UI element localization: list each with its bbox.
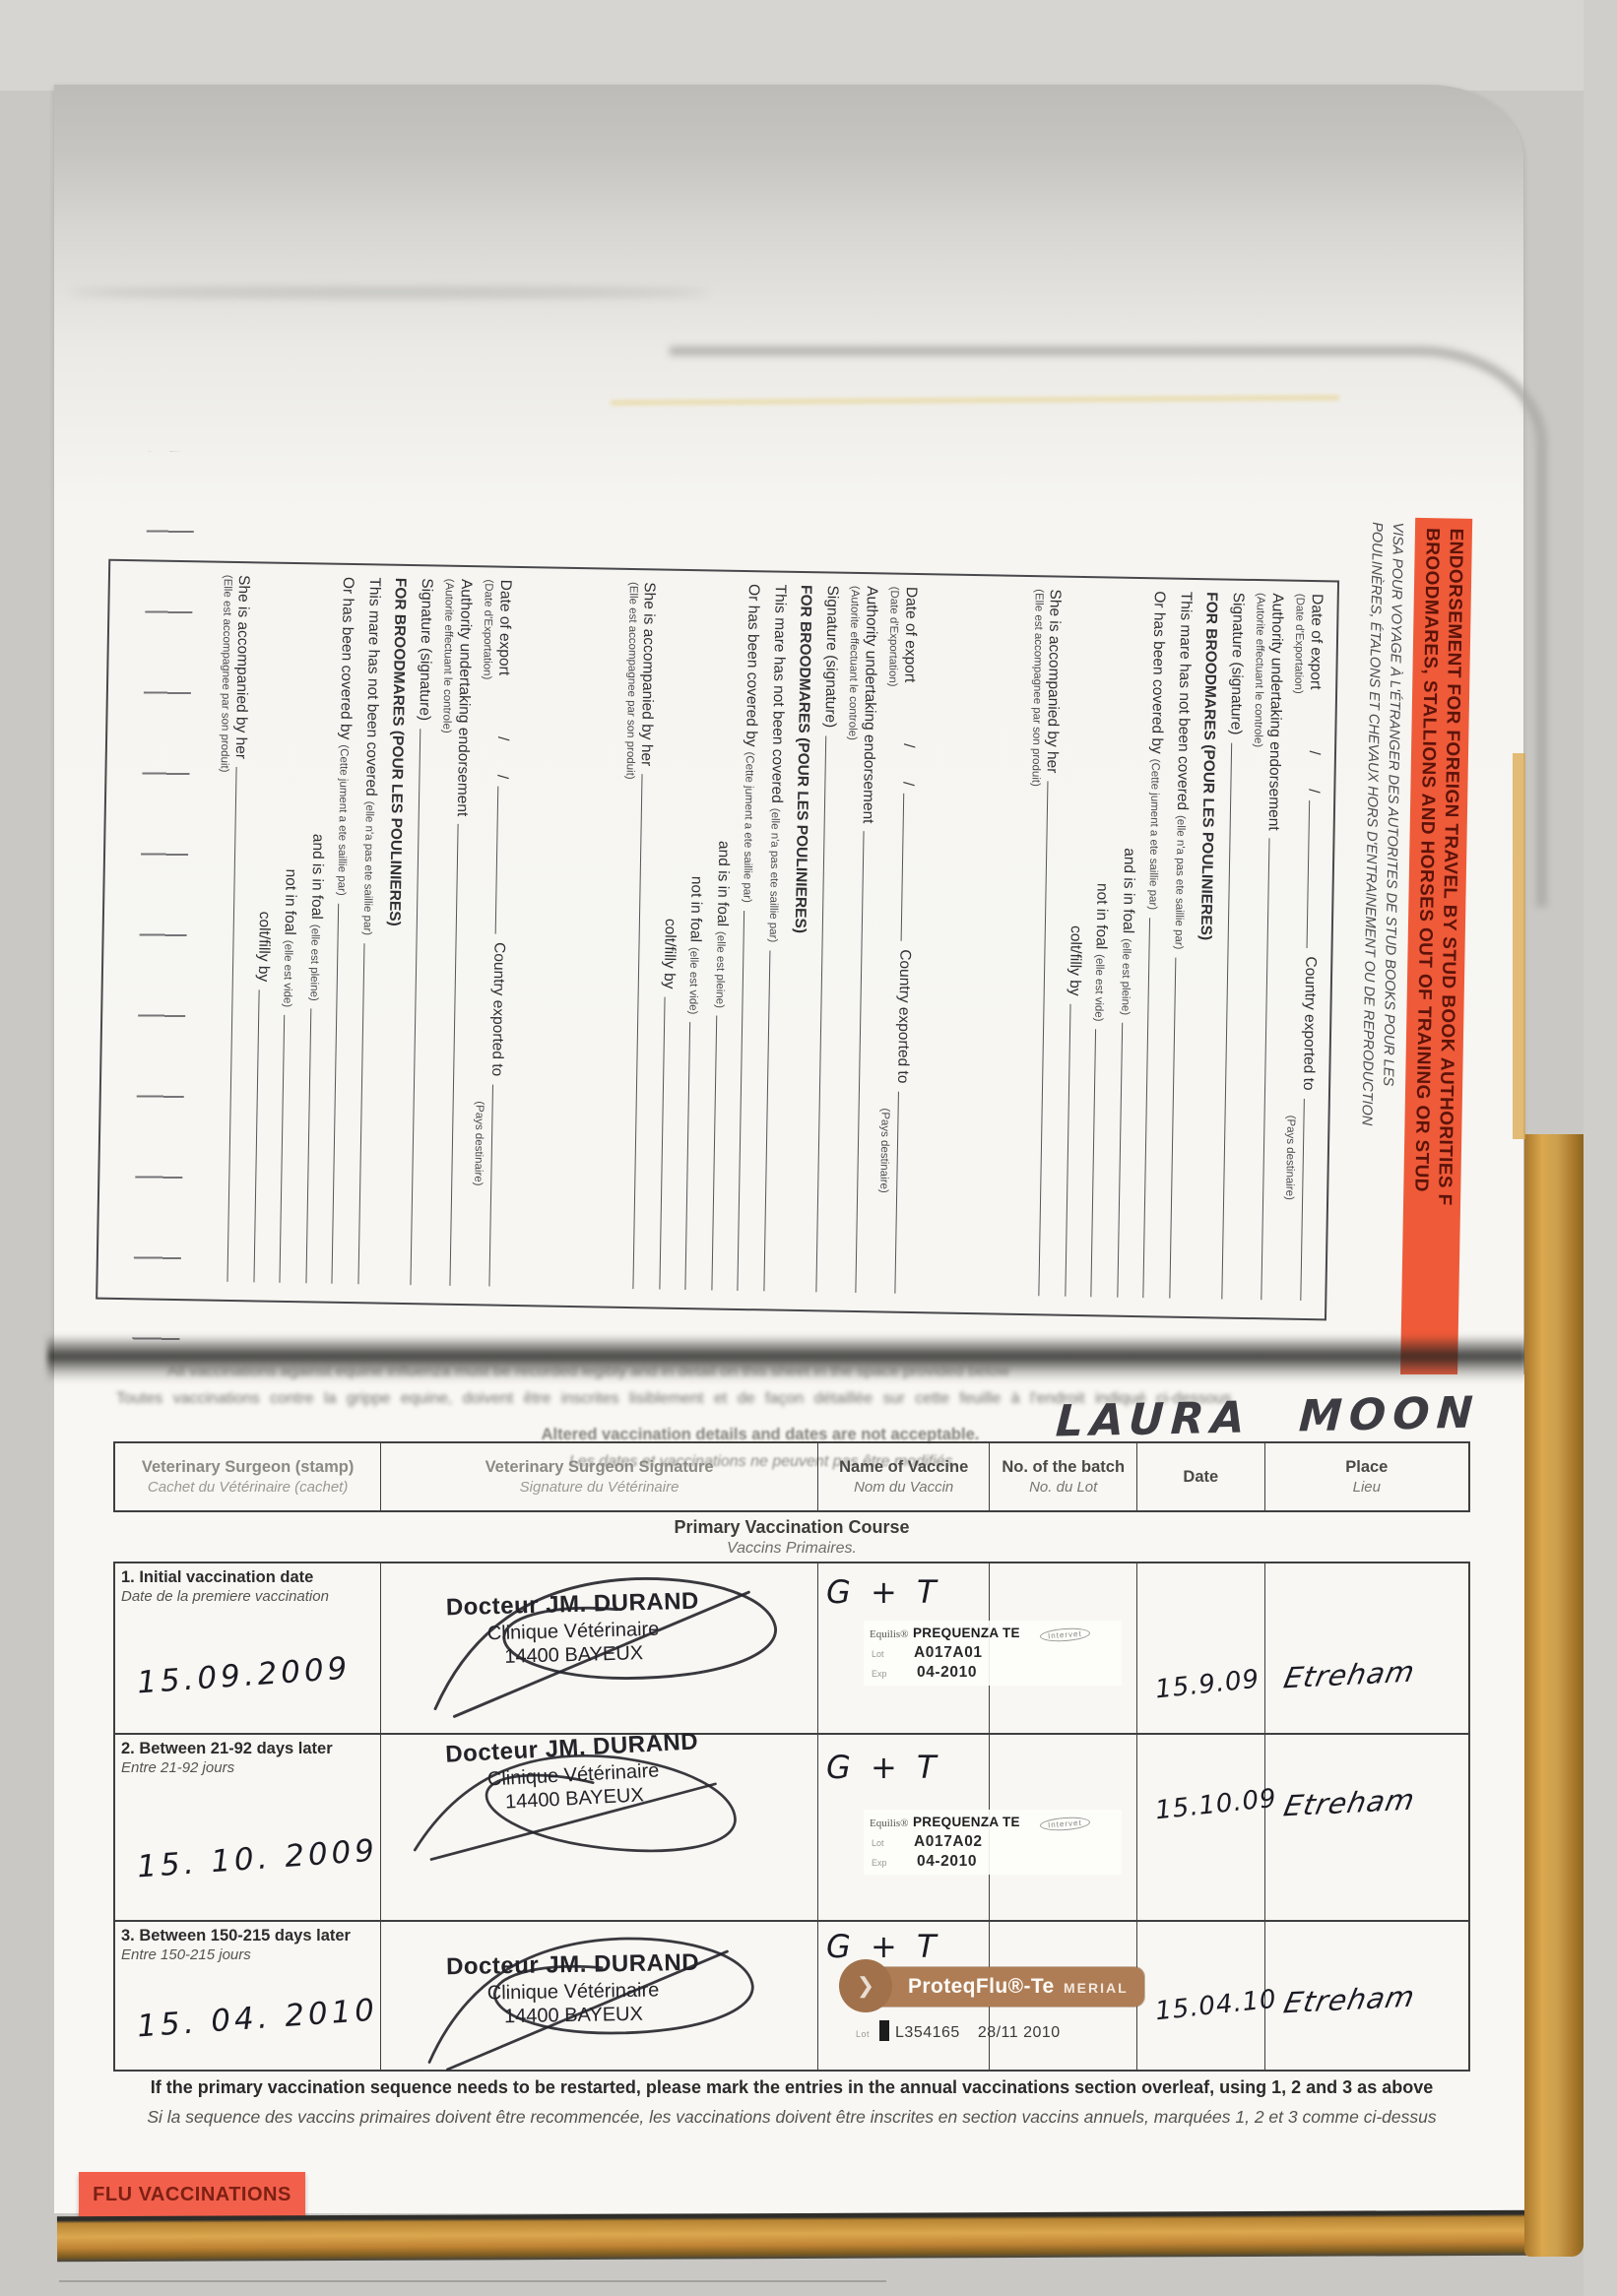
- table-header-cell: Veterinary Surgeon Signature Signature d…: [380, 1443, 817, 1510]
- row-label-en: 2. Between 21-92 days later: [115, 1735, 380, 1758]
- date-slashes: / /: [1304, 750, 1323, 793]
- date-of-export-label-fr: (Date d'Exportation): [1293, 594, 1307, 694]
- sticker-maker: MERIAL: [1064, 1980, 1129, 1996]
- expiry-date: 04-2010: [917, 1664, 977, 1681]
- sticker-brand-name: ProteqFlu®-Te: [908, 1975, 1055, 1999]
- fill-line: [1065, 1004, 1082, 1297]
- fill-line: [357, 943, 376, 1284]
- covered-label-fr: (Cette jument a ete saillie par): [336, 744, 351, 896]
- header-label-fr: Signature du Vétérinaire: [381, 1478, 817, 1498]
- sticker-brand-prefix: Equilis®: [870, 1628, 909, 1640]
- header-label-fr: Cachet du Vétérinaire (cachet): [115, 1478, 380, 1498]
- place-cell: [1264, 1563, 1468, 1733]
- fill-line: [253, 989, 271, 1282]
- handwritten-vaccine-code: G + T: [826, 1573, 941, 1611]
- sticker-brand-prefix: Equilis®: [870, 1818, 909, 1829]
- colt-filly-label: colt/filly by: [660, 919, 679, 989]
- manufacturer-logo-oval: Intervet: [1040, 1816, 1090, 1832]
- fill-line: [711, 1016, 729, 1291]
- faded-instruction-en: All vaccinations against equine influenz…: [167, 1363, 1526, 1380]
- place-cell: [1264, 1735, 1468, 1920]
- header-label-fr: Lieu: [1265, 1478, 1468, 1498]
- in-foal-label-fr: (elle est pleine): [307, 925, 320, 1001]
- header-label-en: No. of the batch: [990, 1457, 1136, 1478]
- authority-label: Authority undertaking endorsement: [859, 586, 880, 824]
- passport-scan: ENDORSEMENT FOR FOREIGN TRAVEL BY STUD B…: [0, 0, 1617, 2296]
- not-covered-label-fr: (elle n'a pas ete saillie par): [361, 801, 375, 936]
- exp-label: Exp: [872, 1858, 887, 1868]
- in-foal-label: and is in foal: [307, 834, 327, 920]
- vaccine-sticker-proteqflu: ❯ ProteqFlu®-Te MERIAL: [839, 1959, 1144, 2010]
- fill-line: [901, 794, 917, 941]
- country-exported-label-fr: (Pays destinaire): [1284, 1116, 1298, 1200]
- fill-line: [280, 1015, 297, 1283]
- fill-line: [633, 774, 655, 1289]
- broodmares-heading: FOR BROODMARES (POUR LES POULINIERES): [791, 585, 814, 933]
- broodmares-heading: FOR BROODMARES (POUR LES POULINIERES): [1197, 592, 1220, 940]
- colt-filly-label: colt/filly by: [254, 912, 273, 983]
- vaccination-row: 1. Initial vaccination date Date de la p…: [115, 1563, 1468, 1733]
- proteqflu-logo-cap: ❯: [839, 1959, 892, 2012]
- accompanied-label: She is accompanied by her: [231, 575, 252, 759]
- signature-label: Signature (signature): [415, 578, 435, 721]
- not-covered-label: This mare has not been covered: [361, 577, 383, 797]
- row-label-en: 3. Between 150-215 days later: [115, 1922, 380, 1945]
- proteqflu-batch-line: LotL35416528/11 2010: [856, 2020, 1061, 2042]
- barcode-mark: [879, 2020, 889, 2041]
- endorsement-subtitle: VISA POUR VOYAGE À L'ÉTRANGER DES AUTORI…: [1351, 522, 1407, 1379]
- date-of-export-label-fr: (Date d'Exportation): [887, 587, 901, 687]
- fill-line: [738, 911, 757, 1291]
- fill-line: [1307, 800, 1323, 948]
- handwritten-place: Etreham: [1281, 1980, 1418, 2020]
- country-exported-label-fr: (Pays destinaire): [878, 1108, 892, 1192]
- fill-line: [227, 767, 249, 1282]
- covered-label: Or has been covered by: [743, 584, 763, 747]
- header-label-en: Place: [1265, 1457, 1468, 1478]
- date-of-export-label: Date of export: [900, 587, 920, 683]
- table-header-cell: Name of Vaccine Nom du Vaccin: [817, 1443, 990, 1510]
- country-exported-label: Country exported to: [893, 949, 913, 1083]
- table-header-cell: No. of the batch No. du Lot: [989, 1443, 1136, 1510]
- label-cell: 1. Initial vaccination date Date de la p…: [115, 1563, 380, 1733]
- covered-label: Or has been covered by: [337, 577, 357, 740]
- table-header-cell: Date: [1136, 1443, 1264, 1510]
- vaccination-table-body: 1. Initial vaccination date Date de la p…: [113, 1562, 1470, 2072]
- fill-line: [495, 787, 511, 934]
- not-covered-label-fr: (elle n'a pas ete saillie par): [1173, 815, 1187, 950]
- footer-instruction-fr: Si la sequence des vaccins primaires doi…: [113, 2107, 1470, 2128]
- header-label-en: Name of Vaccine: [818, 1457, 990, 1478]
- vet-signature-scribble: [391, 1565, 805, 1728]
- fill-line: [1039, 781, 1061, 1296]
- expiry-date: 28/11 2010: [978, 2024, 1061, 2041]
- handwritten-place: Etreham: [1281, 1655, 1418, 1695]
- section-subtitle: Vaccins Primaires.: [113, 1540, 1470, 1558]
- vaccination-table-header: Veterinary Surgeon (stamp) Cachet du Vét…: [113, 1441, 1470, 1512]
- not-in-foal-label: not in foal: [281, 868, 299, 935]
- fill-line: [410, 729, 432, 1285]
- header-label-en: Date: [1137, 1467, 1264, 1488]
- authority-label-fr: (Autorite effectuant le controle): [441, 579, 456, 733]
- in-foal-label: and is in foal: [713, 841, 733, 926]
- scan-artifact-line: [59, 2280, 886, 2282]
- lot-label: Lot: [872, 1838, 884, 1848]
- endorsement-banner: ENDORSEMENT FOR FOREIGN TRAVEL BY STUD B…: [1400, 518, 1472, 1383]
- fill-line: [332, 904, 352, 1284]
- accompanied-label: She is accompanied by her: [1043, 589, 1064, 773]
- header-label-en: Veterinary Surgeon Signature: [381, 1457, 817, 1478]
- not-in-foal-label-fr: (elle est vide): [687, 947, 700, 1015]
- row-label-fr: Date de la premiere vaccination: [115, 1587, 380, 1605]
- fill-line: [763, 950, 782, 1291]
- date-slashes: / /: [898, 743, 917, 786]
- country-exported-label: Country exported to: [1299, 956, 1319, 1090]
- not-covered-label: This mare has not been covered: [767, 584, 789, 803]
- sticker-brand-name: PREQUENZA TE: [913, 1815, 1020, 1829]
- expiry-date: 04-2010: [917, 1853, 977, 1870]
- signature-label: Signature (signature): [820, 585, 841, 728]
- label-cell: 2. Between 21-92 days later Entre 21-92 …: [115, 1735, 380, 1920]
- scanner-background: [0, 0, 1617, 91]
- manufacturer-logo-oval: Intervet: [1040, 1626, 1090, 1643]
- rotated-endorsement-page: ENDORSEMENT FOR FOREIGN TRAVEL BY STUD B…: [43, 76, 1503, 1366]
- in-foal-label-fr: (elle est pleine): [713, 931, 726, 1008]
- vaccine-sticker-equilis: Equilis® PREQUENZA TE Intervet Lot A017A…: [864, 1621, 1122, 1686]
- colt-filly-label: colt/filly by: [1066, 925, 1084, 996]
- date-cell: [1136, 1563, 1264, 1733]
- fill-line: [1169, 957, 1188, 1298]
- table-header-cell: Place Lieu: [1264, 1443, 1468, 1510]
- endorsement-box: Date of export / / Country exported to (…: [96, 559, 1339, 1321]
- batch-number: L354165: [895, 2024, 960, 2041]
- handwritten-horse-name: LAURA MOON: [1055, 1387, 1481, 1446]
- endorsement-block: Date of export / / Country exported to (…: [513, 568, 932, 1311]
- batch-number: A017A02: [914, 1833, 983, 1850]
- authority-label: Authority undertaking endorsement: [453, 579, 475, 817]
- row-label-en: 1. Initial vaccination date: [115, 1563, 380, 1587]
- book-edge-right: [1524, 1134, 1584, 2257]
- section-title: Primary Vaccination Course: [113, 1517, 1470, 1538]
- fill-line: [449, 824, 470, 1286]
- footer-instruction-en: If the primary vaccination sequence need…: [113, 2077, 1470, 2098]
- date-of-export-label: Date of export: [494, 580, 514, 676]
- fill-line: [894, 1091, 911, 1294]
- in-foal-label: and is in foal: [1119, 848, 1138, 933]
- covered-label-fr: (Cette jument a ete saillie par): [1147, 759, 1162, 911]
- flu-vaccinations-tab: FLU VACCINATIONS: [79, 2172, 305, 2217]
- not-in-foal-label-fr: (elle est vide): [1093, 954, 1106, 1022]
- handwritten-place: Etreham: [1281, 1783, 1418, 1823]
- row-label-fr: Entre 150-215 jours: [115, 1945, 380, 1963]
- header-label-fr: No. du Lot: [990, 1478, 1136, 1498]
- date-of-export-label: Date of export: [1306, 594, 1326, 690]
- covered-label: Or has been covered by: [1147, 591, 1168, 754]
- country-exported-label-fr: (Pays destinaire): [473, 1101, 486, 1185]
- covered-label-fr: (Cette jument a ete saillie par): [742, 751, 756, 903]
- fill-line: [815, 735, 838, 1292]
- endorsement-block: Date of export / / Country exported to (…: [919, 575, 1337, 1318]
- fill-line: [488, 1084, 505, 1287]
- sticker-brand-name: PREQUENZA TE: [913, 1626, 1020, 1640]
- authority-label-fr: (Autorite effectuant le controle): [847, 586, 862, 740]
- fill-line: [1300, 1099, 1317, 1302]
- fill-line: [1117, 1023, 1134, 1298]
- handwritten-vaccine-code: G + T: [826, 1749, 941, 1786]
- not-covered-label-fr: (elle n'a pas ete saillie par): [767, 808, 781, 943]
- not-in-foal-label-fr: (elle est vide): [282, 940, 294, 1008]
- country-exported-label: Country exported to: [487, 942, 507, 1076]
- vaccination-row: 2. Between 21-92 days later Entre 21-92 …: [115, 1733, 1468, 1920]
- authority-label-fr: (Autorite effectuant le controle): [1253, 593, 1267, 747]
- book-edge-sliver: [1513, 753, 1525, 1139]
- table-header-cell: Veterinary Surgeon (stamp) Cachet du Vét…: [115, 1443, 380, 1510]
- signature-label: Signature (signature): [1226, 593, 1247, 735]
- batch-number: A017A01: [914, 1644, 983, 1661]
- accompanied-label: She is accompanied by her: [637, 582, 658, 766]
- vet-signature-scribble: [387, 1926, 780, 2080]
- lot-label: Lot: [856, 2029, 870, 2039]
- fill-line: [1261, 839, 1281, 1301]
- in-foal-label-fr: (elle est pleine): [1119, 938, 1132, 1015]
- date-slashes: / /: [492, 736, 511, 779]
- lot-label: Lot: [872, 1649, 884, 1659]
- vaccination-row: 3. Between 150-215 days later Entre 150-…: [115, 1920, 1468, 2070]
- scanner-background-right: [1584, 0, 1617, 2296]
- header-label-fr: Nom du Vaccin: [818, 1478, 990, 1498]
- date-of-export-label-fr: (Date d'Exportation): [482, 579, 495, 679]
- date-cell: [1136, 1735, 1264, 1920]
- not-covered-label: This mare has not been covered: [1173, 592, 1195, 811]
- row-label-fr: Entre 21-92 jours: [115, 1758, 380, 1776]
- fill-line: [685, 1022, 703, 1290]
- fill-line: [659, 996, 677, 1289]
- broodmares-heading: FOR BROODMARES (POUR LES POULINIERES): [385, 578, 409, 926]
- not-in-foal-label: not in foal: [686, 876, 705, 943]
- fill-line: [1091, 1030, 1109, 1298]
- authority-label: Authority undertaking endorsement: [1264, 593, 1286, 831]
- fill-line: [305, 1009, 323, 1284]
- exp-label: Exp: [872, 1669, 887, 1679]
- not-in-foal-label: not in foal: [1092, 883, 1111, 950]
- book-edge-bottom: [57, 2210, 1539, 2263]
- fill-line: [1221, 742, 1244, 1299]
- fill-line: [855, 831, 875, 1293]
- fill-line: [1143, 918, 1163, 1298]
- vaccine-sticker-equilis: Equilis® PREQUENZA TE Intervet Lot A017A…: [864, 1810, 1122, 1875]
- header-label-en: Veterinary Surgeon (stamp): [115, 1457, 380, 1478]
